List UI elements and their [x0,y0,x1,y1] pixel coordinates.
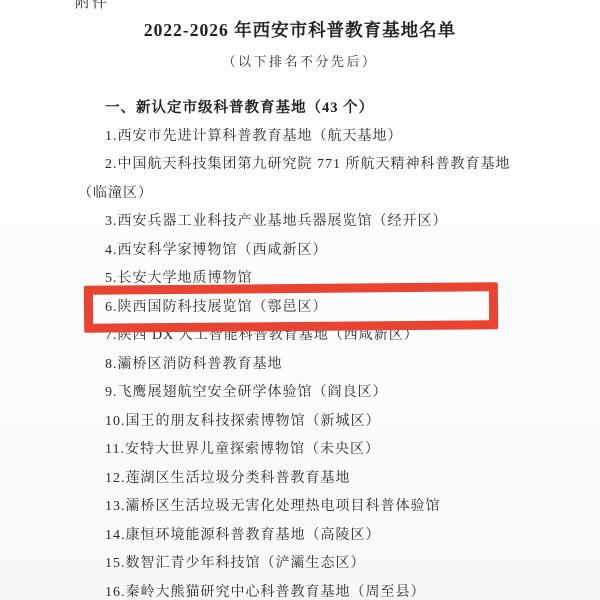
base-list: 一、新认定市级科普教育基地（43 个） 1.西安市先进计算科普教育基地（航天基地… [78,94,512,600]
list-item-16: 16.秦岭大熊猫研究中心科普教育基地（周至县） [78,579,512,600]
list-item-12: 12.莲湖区生活垃圾分类科普教育基地 [78,465,512,494]
list-item-9: 9.飞鹰展翅航空安全研学体验馆（阎良区） [78,379,512,408]
list-item-2: 2.中国航天科技集团第九研究院 771 所航天精神科普教育基地（临潼区） [78,151,512,208]
list-item-10: 10.国王的朋友科技探索博物馆（新城区） [78,408,512,437]
list-item-3: 3.西安兵器工业科技产业基地兵器展览馆（经开区） [78,208,512,237]
attachment-label: 附件 [75,0,109,12]
document-title: 2022-2026 年西安市科普教育基地名单 [0,17,600,42]
list-item-13: 13.灞桥区生活垃圾无害化处理热电项目科普体验馆 [78,493,512,522]
list-item-6-highlighted: 6.陕西国防科技展览馆（鄠邑区） [78,294,512,323]
list-item-14: 14.康恒环境能源科普教育基地（高陵区） [78,522,512,551]
list-item-11: 11.安特大世界儿童探索博物馆（未央区） [78,436,512,465]
list-item-5: 5.长安大学地质博物馆 [78,265,512,294]
list-item-15: 15.数智汇青少年科技馆（浐灞生态区） [78,550,512,579]
list-item-1: 1.西安市先进计算科普教育基地（航天基地） [78,123,512,152]
list-item-7: 7.陕西 DX 人工智能科普教育基地（西咸新区） [78,322,512,351]
list-item-4: 4.西安科学家博物馆（西咸新区） [78,237,512,266]
section-heading: 一、新认定市级科普教育基地（43 个） [78,94,512,123]
document-page: 附件 2022-2026 年西安市科普教育基地名单 （以下排名不分先后） 一、新… [0,0,600,600]
list-item-8: 8.灞桥区消防科普教育基地 [78,351,512,380]
document-subtitle: （以下排名不分先后） [0,51,600,70]
